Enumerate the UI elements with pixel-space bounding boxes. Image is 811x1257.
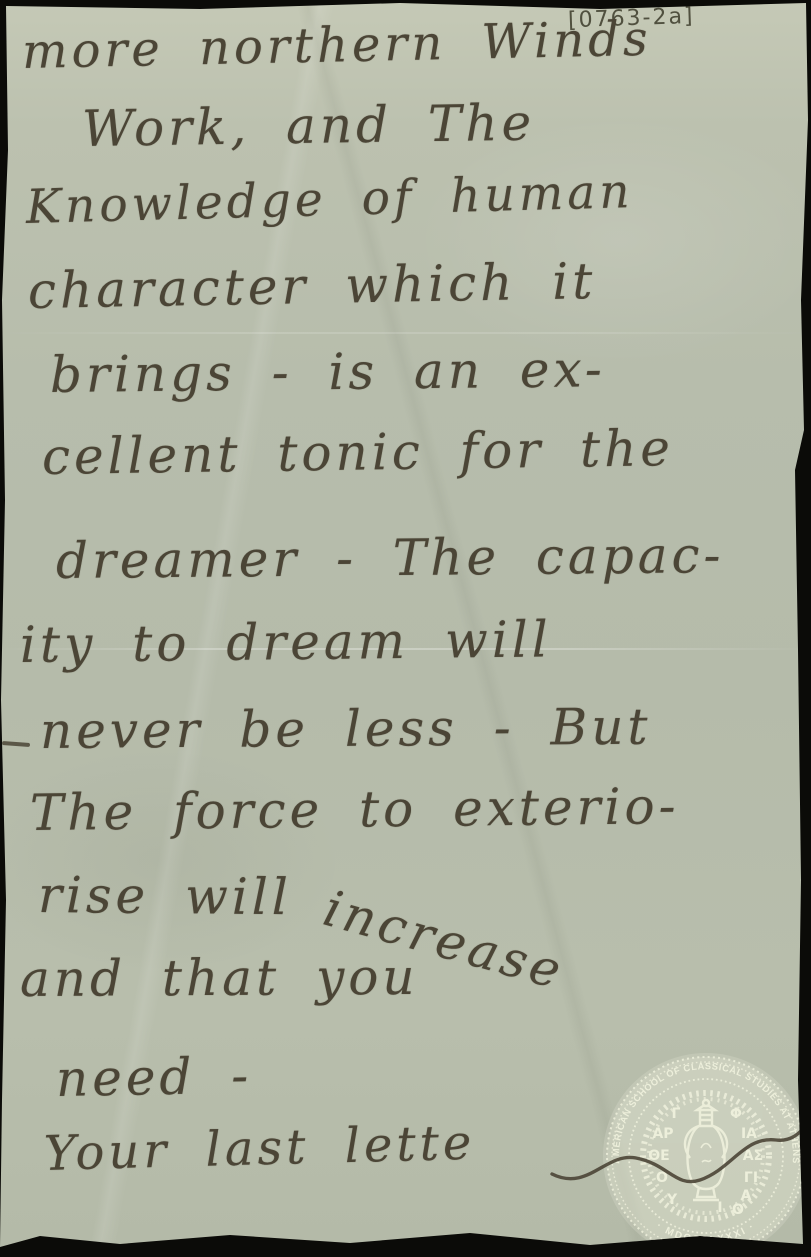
handwriting-line: cellent tonic for the: [42, 419, 675, 486]
paper-fold-crease: [0, 332, 811, 334]
handwriting-line-start: rise will: [38, 866, 328, 927]
handwriting-line: rise will increase: [38, 866, 575, 929]
handwriting-line: and that you: [20, 948, 419, 1008]
stray-ink-mark: [2, 741, 30, 747]
ink-stroke-over-seal: [548, 1096, 810, 1206]
letter-paper: AMERICAN SCHOOL OF CLASSICAL STUDIES AT …: [0, 0, 811, 1257]
scanned-letter-page: AMERICAN SCHOOL OF CLASSICAL STUDIES AT …: [0, 0, 811, 1257]
handwriting-line: never be less - But: [40, 698, 652, 760]
handwriting-line: more northern Winds: [21, 11, 652, 80]
handwriting-line: ity to dream will: [20, 610, 552, 674]
handwriting-line: Work, and The: [82, 94, 536, 158]
handwriting-line: Your last lette: [43, 1115, 476, 1182]
handwriting-line: need -: [55, 1047, 252, 1108]
handwriting-line: The force to exterio-: [30, 777, 680, 842]
handwriting-line: Knowledge of human: [25, 164, 634, 235]
handwriting-line: brings - is an ex-: [50, 340, 606, 404]
handwriting-line: character which it: [27, 252, 596, 320]
handwriting-line: dreamer - The capac-: [56, 526, 725, 590]
